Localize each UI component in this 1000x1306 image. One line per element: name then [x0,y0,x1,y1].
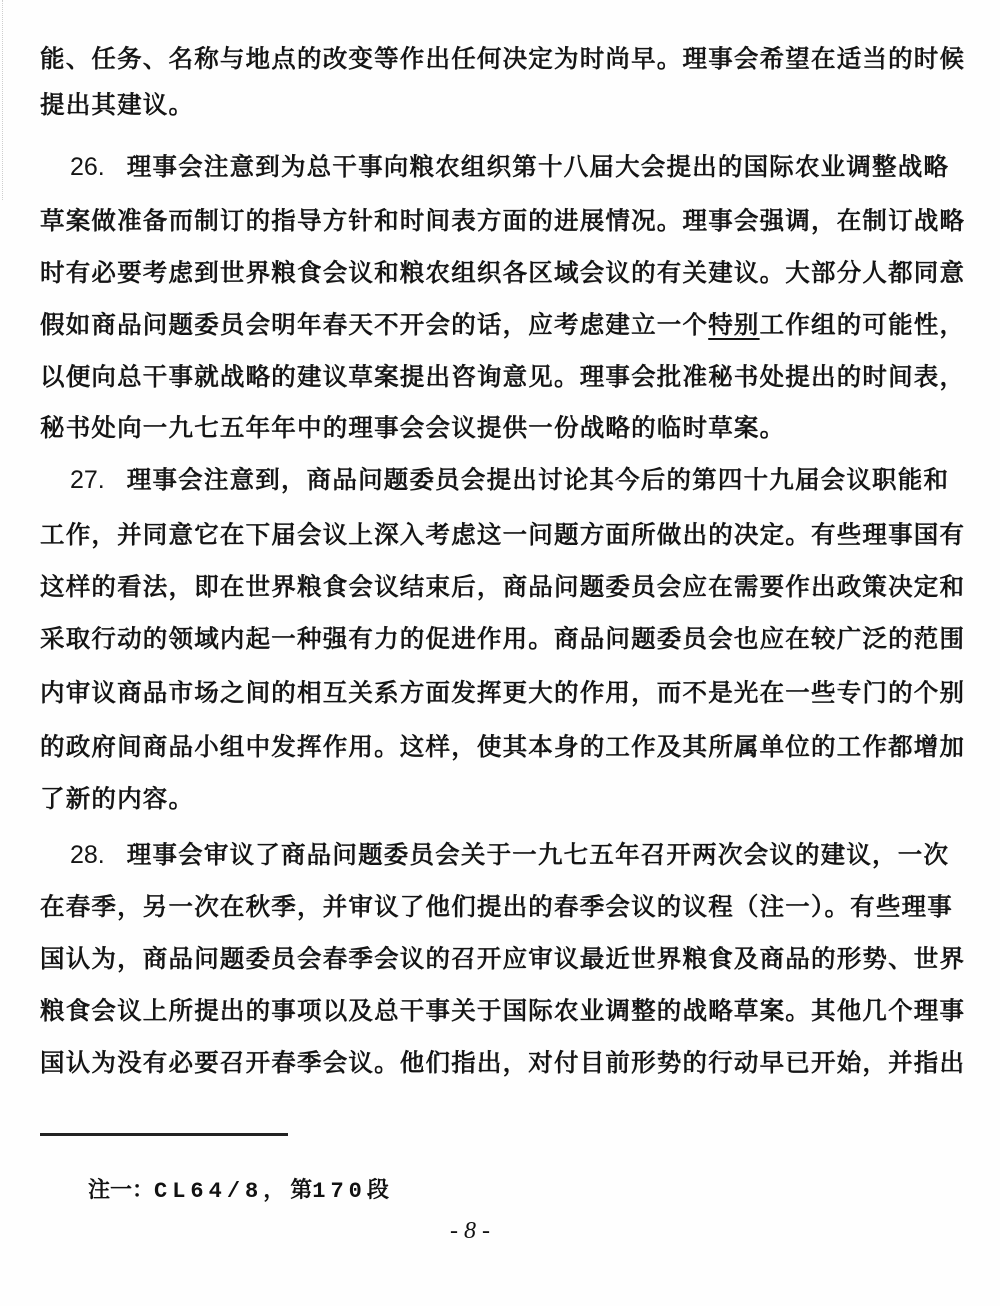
footnote: 注一：CL64/8，第170段 [88,1176,389,1207]
text-segment: 工作组的可能性， [760,310,966,339]
text-line: 国认为没有必要召开春季会议。他们指出，对付目前形势的行动早已开始，并指出 [40,1046,940,1080]
document-page: 能、任务、名称与地点的改变等作出任何决定为时尚早。理事会希望在适当的时候 提出其… [0,0,1000,1306]
text-line-with-underline: 假如商品问题委员会明年春天不开会的话，应考虑建立一个特别工作组的可能性， [40,308,940,342]
scan-edge-artifact [2,0,7,200]
paragraph-27-first-line: 27.理事会注意到，商品问题委员会提出讨论其今后的第四十九届会议职能和 [70,463,970,497]
paragraph-26-first-line: 26.理事会注意到为总干事向粮农组织第十八届大会提出的国际农业调整战略 [70,150,970,184]
text-line: 这样的看法，即在世界粮食会议结束后，商品问题委员会应在需要作出政策决定和 [40,570,940,604]
footnote-paragraph-suffix: 段 [367,1178,389,1203]
text-line: 内审议商品市场之间的相互关系方面发挥更大的作用，而不是光在一些专门的个别 [40,676,940,710]
paragraph-number: 27. [70,466,105,494]
text-line: 能、任务、名称与地点的改变等作出任何决定为时尚早。理事会希望在适当的时候 [40,42,940,76]
text-line: 秘书处向一九七五年年中的理事会会议提供一份战略的临时草案。 [40,411,940,445]
footnote-label: 注一： [88,1178,154,1203]
page-number: -8- [450,1218,496,1245]
text-line: 在春季，另一次在秋季，并审议了他们提出的春季会议的议程（注一）。有些理事 [40,890,940,924]
text-line: 理事会注意到为总干事向粮农组织第十八届大会提出的国际农业调整战略 [127,152,949,181]
text-line: 以便向总干事就战略的建议草案提出咨询意见。理事会批准秘书处提出的时间表， [40,360,940,394]
text-line: 了新的内容。 [40,782,940,816]
text-line: 粮食会议上所提出的事项以及总干事关于国际农业调整的战略草案。其他几个理事 [40,994,940,1028]
text-line: 的政府间商品小组中发挥作用。这样，使其本身的工作及其所属单位的工作都增加 [40,730,940,764]
underlined-word: 特别 [708,310,759,339]
footnote-separator [40,1133,288,1136]
text-line: 提出其建议。 [40,88,940,122]
text-line: 国认为，商品问题委员会春季会议的召开应审议最近世界粮食及商品的形势、世界 [40,942,940,976]
paragraph-28-first-line: 28.理事会审议了商品问题委员会关于一九七五年召开两次会议的建议，一次 [70,838,970,872]
text-segment: 假如商品问题委员会明年春天不开会的话，应考虑建立一个 [40,310,708,339]
text-line: 时有必要考虑到世界粮食会议和粮农组织各区域会议的有关建议。大部分人都同意 [40,256,940,290]
paragraph-number: 28. [70,841,105,869]
text-line: 草案做准备而制订的指导方针和时间表方面的进展情况。理事会强调，在制订战略 [40,204,940,238]
text-line: 工作，并同意它在下届会议上深入考虑这一问题方面所做出的决定。有些理事国有 [40,518,940,552]
paragraph-number: 26. [70,153,105,181]
text-line: 理事会审议了商品问题委员会关于一九七五年召开两次会议的建议，一次 [127,840,949,869]
text-line: 采取行动的领域内起一种强有力的促进作用。商品问题委员会也应在较广泛的范围 [40,622,940,656]
footnote-paragraph-prefix: 第 [290,1178,312,1203]
footnote-paragraph-number: 170 [312,1179,367,1204]
footnote-reference: CL64/8， [154,1179,290,1204]
text-line: 理事会注意到，商品问题委员会提出讨论其今后的第四十九届会议职能和 [127,465,949,494]
